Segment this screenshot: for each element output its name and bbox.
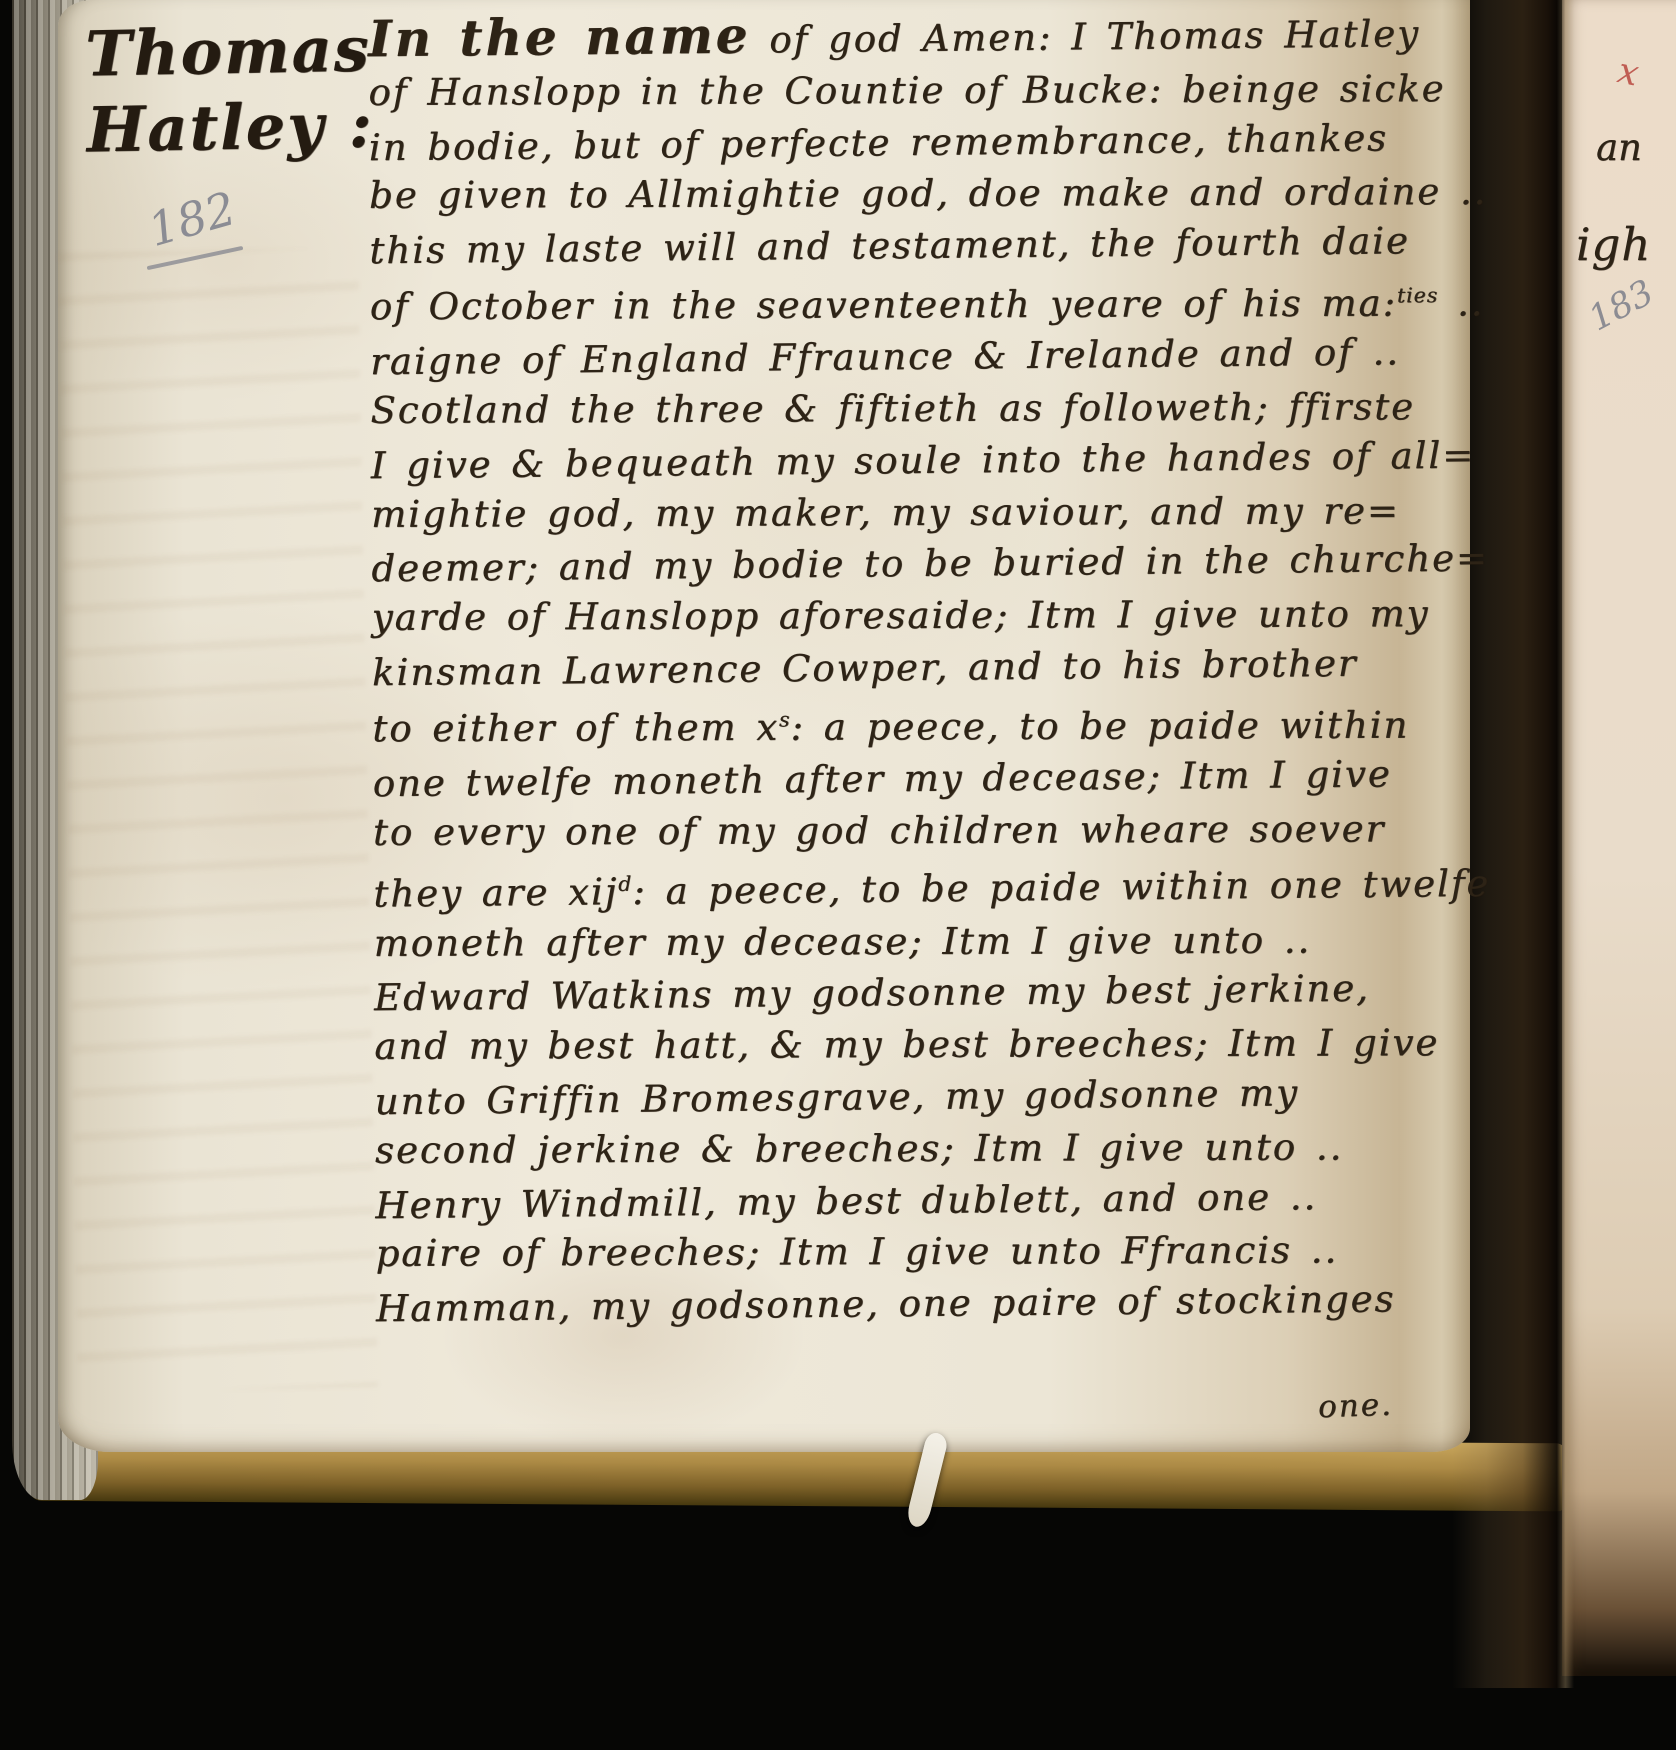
- line-text: kinsman Lawrence Cowper, and to his brot…: [372, 642, 1358, 694]
- superscript: s: [779, 707, 791, 731]
- manuscript-line: I give & bequeath my soule into the hand…: [371, 429, 1463, 491]
- line-text: of god Amen: I Thomas Hatley: [750, 12, 1420, 61]
- next-page-fragment-1: an: [1596, 126, 1642, 169]
- line-text: deemer; and my bodie to be buried in the…: [371, 537, 1489, 591]
- line-text: : a peece, to be paide within one twelfe: [632, 862, 1490, 913]
- margin-heading-line2: Hatley :: [86, 87, 374, 168]
- line-text: one twelfe moneth after my decease; Itm …: [372, 752, 1391, 805]
- line-text: ..: [1438, 281, 1484, 324]
- line-text: Henry Windmill, my best dublett, and one…: [375, 1175, 1317, 1227]
- manuscript-line: mightie god, my maker, my saviour, and m…: [371, 485, 1463, 541]
- manuscript-line: one twelfe moneth after my decease; Itm …: [372, 748, 1464, 810]
- manuscript-line: paire of breeches; Itm I give unto Ffran…: [375, 1224, 1467, 1280]
- line-text: paire of breeches; Itm I give unto Ffran…: [375, 1229, 1338, 1275]
- manuscript-line: yarde of Hanslopp aforesaide; Itm I give…: [372, 588, 1464, 644]
- book-photo: Thomas Hatley : 182 In the name of god A…: [0, 0, 1676, 1750]
- manuscript-line: this my laste will and testament, the fo…: [369, 215, 1461, 277]
- line-text: yarde of Hanslopp aforesaide; Itm I give…: [372, 592, 1430, 639]
- manuscript-line: be given to Allmightie god, doe make and…: [369, 166, 1461, 222]
- line-text: unto Griffin Bromesgrave, my godsonne my: [374, 1071, 1299, 1123]
- line-text: second jerkine & breeches; Itm I give un…: [375, 1125, 1344, 1171]
- manuscript-line: in bodie, but of perfecte remembrance, t…: [369, 111, 1461, 173]
- manuscript-line: they are xijd: a peece, to be paide with…: [373, 851, 1466, 921]
- manuscript-line: and my best hatt, & my best breeches; It…: [374, 1017, 1466, 1073]
- manuscript-line: kinsman Lawrence Cowper, and to his brot…: [372, 637, 1464, 699]
- line-text: raigne of England Ffraunce & Irelande an…: [370, 330, 1400, 383]
- manuscript-line: of October in the seaventeenth yeare of …: [370, 270, 1462, 333]
- line-text: of October in the seaventeenth yeare of …: [370, 282, 1397, 329]
- manuscript-line: Henry Windmill, my best dublett, and one…: [375, 1169, 1467, 1231]
- line-text: they are xij: [373, 871, 618, 916]
- manuscript-line: moneth after my decease; Itm I give unto…: [374, 914, 1466, 970]
- manuscript-line: raigne of England Ffraunce & Irelande an…: [370, 326, 1462, 388]
- manuscript-line: to every one of my god children wheare s…: [373, 803, 1465, 859]
- line-text: : a peece, to be paide within: [790, 703, 1409, 748]
- margin-heading-line1: Thomas: [85, 12, 373, 93]
- catchword: one.: [1317, 1387, 1393, 1426]
- line-text: mightie god, my maker, my saviour, and m…: [371, 489, 1400, 536]
- line-text: I give & bequeath my soule into the hand…: [371, 433, 1476, 487]
- line-text: be given to Allmightie god, doe make and…: [369, 170, 1487, 217]
- superscript: d: [618, 872, 632, 896]
- manuscript-line: to either of them xs: a peece, to be pai…: [372, 692, 1464, 755]
- will-text-block: In the name of god Amen: I Thomas Hatley…: [368, 5, 1468, 1334]
- line-text: in bodie, but of perfecte remembrance, t…: [369, 116, 1389, 169]
- gutter-shadow: [1452, 0, 1574, 1688]
- manuscript-line: Scotland the three & fiftieth as followe…: [370, 381, 1462, 437]
- show-through-ghost-text: [58, 247, 378, 1392]
- line-text: In the name: [368, 6, 751, 69]
- manuscript-line: unto Griffin Bromesgrave, my godsonne my: [374, 1066, 1466, 1128]
- manuscript-line: Edward Watkins my godsonne my best jerki…: [374, 962, 1466, 1024]
- superscript: ties: [1397, 283, 1438, 307]
- next-page-fragment-2: igh: [1576, 218, 1651, 271]
- manuscript-line: Hamman, my godsonne, one paire of stocki…: [376, 1273, 1468, 1335]
- line-text: to either of them x: [372, 706, 779, 750]
- line-text: Hamman, my godsonne, one paire of stocki…: [376, 1278, 1396, 1331]
- line-text: and my best hatt, & my best breeches; It…: [374, 1021, 1439, 1068]
- line-text: Scotland the three & fiftieth as followe…: [370, 385, 1415, 432]
- line-text: this my laste will and testament, the fo…: [369, 219, 1410, 272]
- line-text: moneth after my decease; Itm I give unto…: [374, 918, 1312, 964]
- manuscript-line: In the name of god Amen: I Thomas Hatley: [368, 3, 1460, 70]
- line-text: to every one of my god children wheare s…: [373, 807, 1385, 854]
- manuscript-line: deemer; and my bodie to be buried in the…: [371, 533, 1463, 595]
- line-text: Edward Watkins my godsonne my best jerki…: [374, 967, 1370, 1020]
- manuscript-line: second jerkine & breeches; Itm I give un…: [375, 1121, 1467, 1177]
- margin-heading: Thomas Hatley :: [85, 12, 374, 169]
- manuscript-line: of Hanslopp in the Countie of Bucke: bei…: [368, 63, 1460, 119]
- line-text: of Hanslopp in the Countie of Bucke: bei…: [368, 67, 1445, 114]
